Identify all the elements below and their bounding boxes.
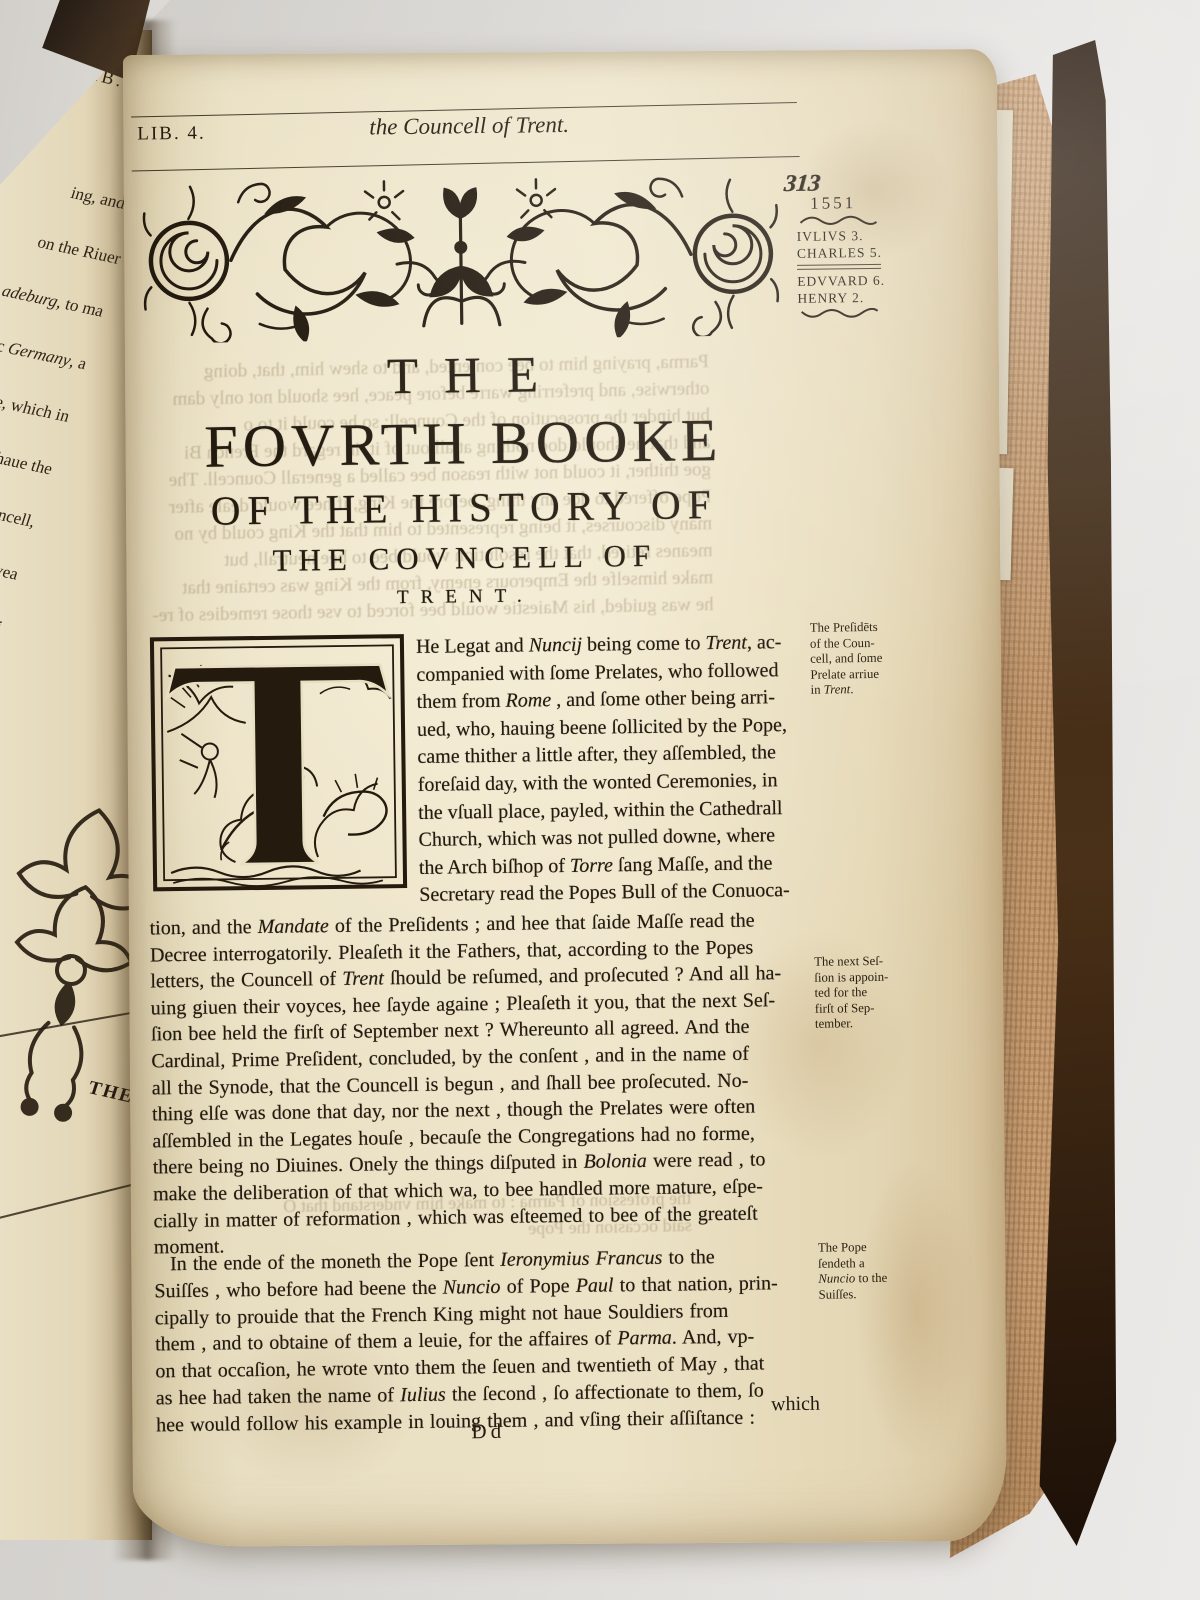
side-note-presidents-arrive: The Preſidētsof the Coun-cell, and ſomeP… <box>810 619 911 698</box>
body-paragraph-1-continued: tion, and the Mandate of the Preſidents … <box>150 907 818 1261</box>
ruler-name: HENRY 2. <box>797 288 907 306</box>
flourish-bracket <box>800 308 880 321</box>
photo-of-antique-book: LIB. ing, and oon the Riueradeburg, to m… <box>0 0 1200 1600</box>
side-note-next-session: The next Seſ-ſion is appoin-ted for thef… <box>814 953 915 1032</box>
chapter-title: THE FOVRTH BOOKE OF THE HISTORY OF THE C… <box>130 341 797 618</box>
regnal-year-margin: 1551 IVLIVS 3. CHARLES 5. EDVVARD 6. HEN… <box>796 193 908 322</box>
woodcut-initial-T: T <box>148 632 409 893</box>
ruler-name: EDVVARD 6. <box>797 271 907 289</box>
title-line: THE <box>130 341 795 412</box>
flourish-bracket <box>798 213 878 226</box>
year-label: 1551 <box>810 193 906 211</box>
running-title: the Councell of Trent. <box>269 111 669 142</box>
margin-divider-rule <box>797 264 881 270</box>
woodcut-headpiece-ornament <box>140 167 782 343</box>
title-line: OF THE HISTORY OF <box>132 475 797 540</box>
main-page: Parma, praying him to bee contented, and… <box>123 49 1007 1547</box>
title-line: FOVRTH BOOKE <box>131 403 796 484</box>
side-note-pope-nuncio: The Popeſendeth aNuncio to theSuiſſes. <box>818 1239 919 1303</box>
book-number-label: LIB. 4. <box>137 123 206 146</box>
body-paragraph-1-start: He Legat and Nuncij being come to Trent,… <box>416 629 816 910</box>
ruler-name: IVLIVS 3. <box>797 226 907 244</box>
ruler-name: CHARLES 5. <box>797 243 907 261</box>
